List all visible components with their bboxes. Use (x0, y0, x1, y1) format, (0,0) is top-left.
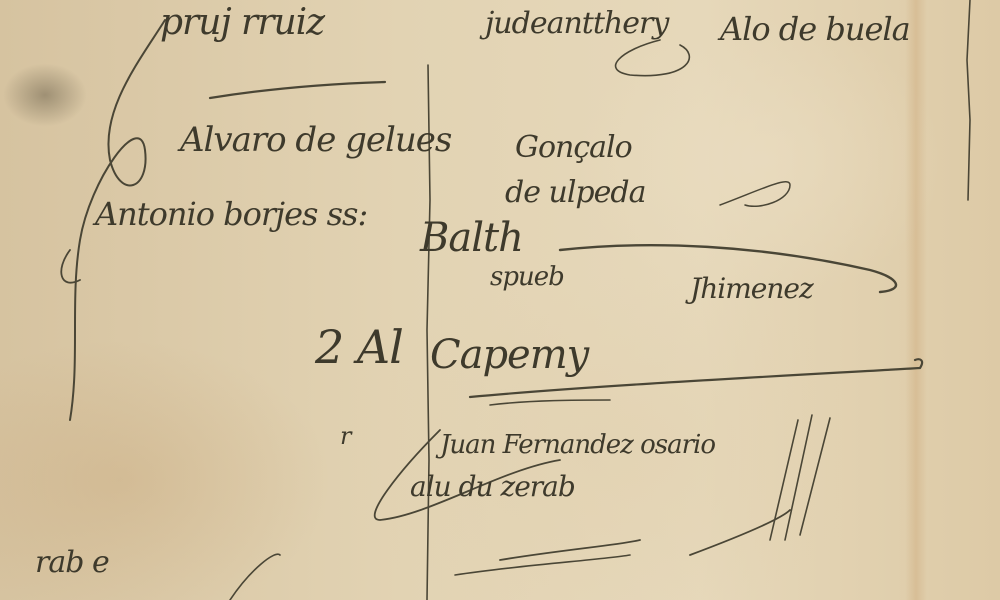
signature-mark-2al: 2 Al (315, 320, 403, 374)
signature-goncalo: Gonçalo (515, 130, 632, 165)
signature-de-ulpeda: de ulpeda (505, 175, 645, 210)
signature-top-right-1: judeantthery (485, 6, 668, 41)
signature-spueb: spueb (490, 262, 564, 292)
signature-balth: Balth (420, 215, 523, 261)
margin-mark-r: r (340, 422, 350, 450)
signature-alu-du-zerab: alu du zerab (410, 470, 575, 503)
signature-top-right-2: Alo de buela (720, 10, 910, 48)
margin-note-bottom-left: rab e (35, 545, 109, 580)
signature-antonio: Antonio borjes ss: (95, 195, 367, 233)
signature-juan-fernandez: Juan Fernandez osario (440, 430, 715, 460)
page-crack (967, 0, 970, 200)
signature-alvaro: Alvaro de gelues (180, 120, 451, 160)
signature-jhimenez: Jhimenez (690, 272, 813, 305)
signature-capemy: Capemy (430, 332, 588, 378)
ink-strokes (0, 0, 1000, 600)
manuscript-page: pruj rruiz judeantthery Alo de buela Alv… (0, 0, 1000, 600)
signature-top-left: pruj rruiz (160, 2, 324, 43)
